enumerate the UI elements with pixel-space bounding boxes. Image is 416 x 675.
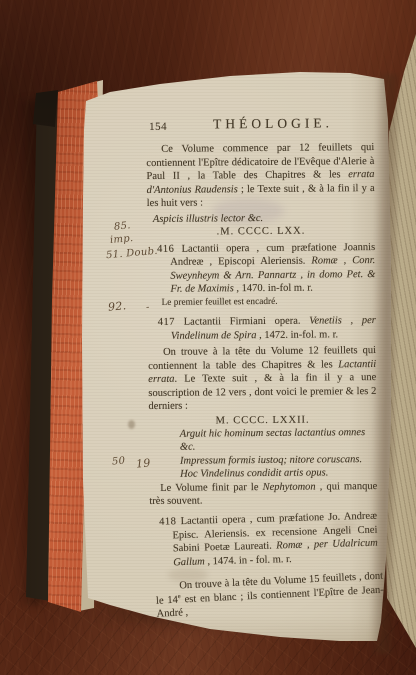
- date-1470: .M. CCCC. LXX.: [147, 224, 375, 239]
- nephytomon-note: Le Volume finit par le Nephytomon , qui …: [149, 480, 377, 509]
- verse-line-2: Impressum formis iustoq; nitore coruscan…: [149, 453, 377, 468]
- entry-417-number: 417: [158, 317, 175, 328]
- entry-416-text: Lactantii opera , cum præfatione Joannis…: [170, 242, 375, 295]
- entry-418-number: 418: [159, 516, 177, 527]
- marginalia-price-85: 85.: [114, 220, 132, 232]
- verse-line-1: Arguit hic hominum sectas lactantius omn…: [149, 426, 377, 455]
- entry-417: 417 Lactantii Firmiani opera. Venetiis ,…: [148, 314, 376, 343]
- book-photo: 154 THÉOLOGIE. Ce Volume commence par 12…: [0, 0, 416, 675]
- entry-416-note: Le premier feuillet est encadré.: [162, 296, 376, 309]
- marginalia-50: 50: [112, 455, 126, 467]
- marginalia-92: 92.: [108, 300, 127, 313]
- note-1472-paragraph: On trouve à la tête du Volume 12 feuille…: [148, 344, 377, 413]
- entry-418: 418 Lactantii opera , cum præfatione Jo.…: [149, 509, 378, 569]
- entry-418-text: Lactantii opera , cum præfatione Jo. And…: [172, 510, 378, 567]
- folio-number: 154: [149, 121, 167, 135]
- page-header: 154 THÉOLOGIE.: [146, 116, 374, 134]
- entry-416: 416 Lactantii opera , cum præfatione Joa…: [147, 241, 375, 297]
- running-title: THÉOLOGIE.: [146, 116, 374, 131]
- entry-416-number: 416: [157, 243, 174, 254]
- printed-text-block: 154 THÉOLOGIE. Ce Volume commence par 12…: [146, 116, 378, 621]
- closing-note-paragraph: On trouve à la tête du Volume 15 feuille…: [155, 569, 385, 621]
- front-note-paragraph: Ce Volume commence par 12 feuillets qui …: [146, 141, 375, 210]
- marginalia-19: 19: [136, 457, 152, 469]
- marginalia-dash: -: [146, 302, 151, 313]
- marginalia-imp: imp.: [110, 233, 134, 246]
- entry-417-text: Lactantii Firmiani opera. Venetiis , per…: [171, 315, 376, 341]
